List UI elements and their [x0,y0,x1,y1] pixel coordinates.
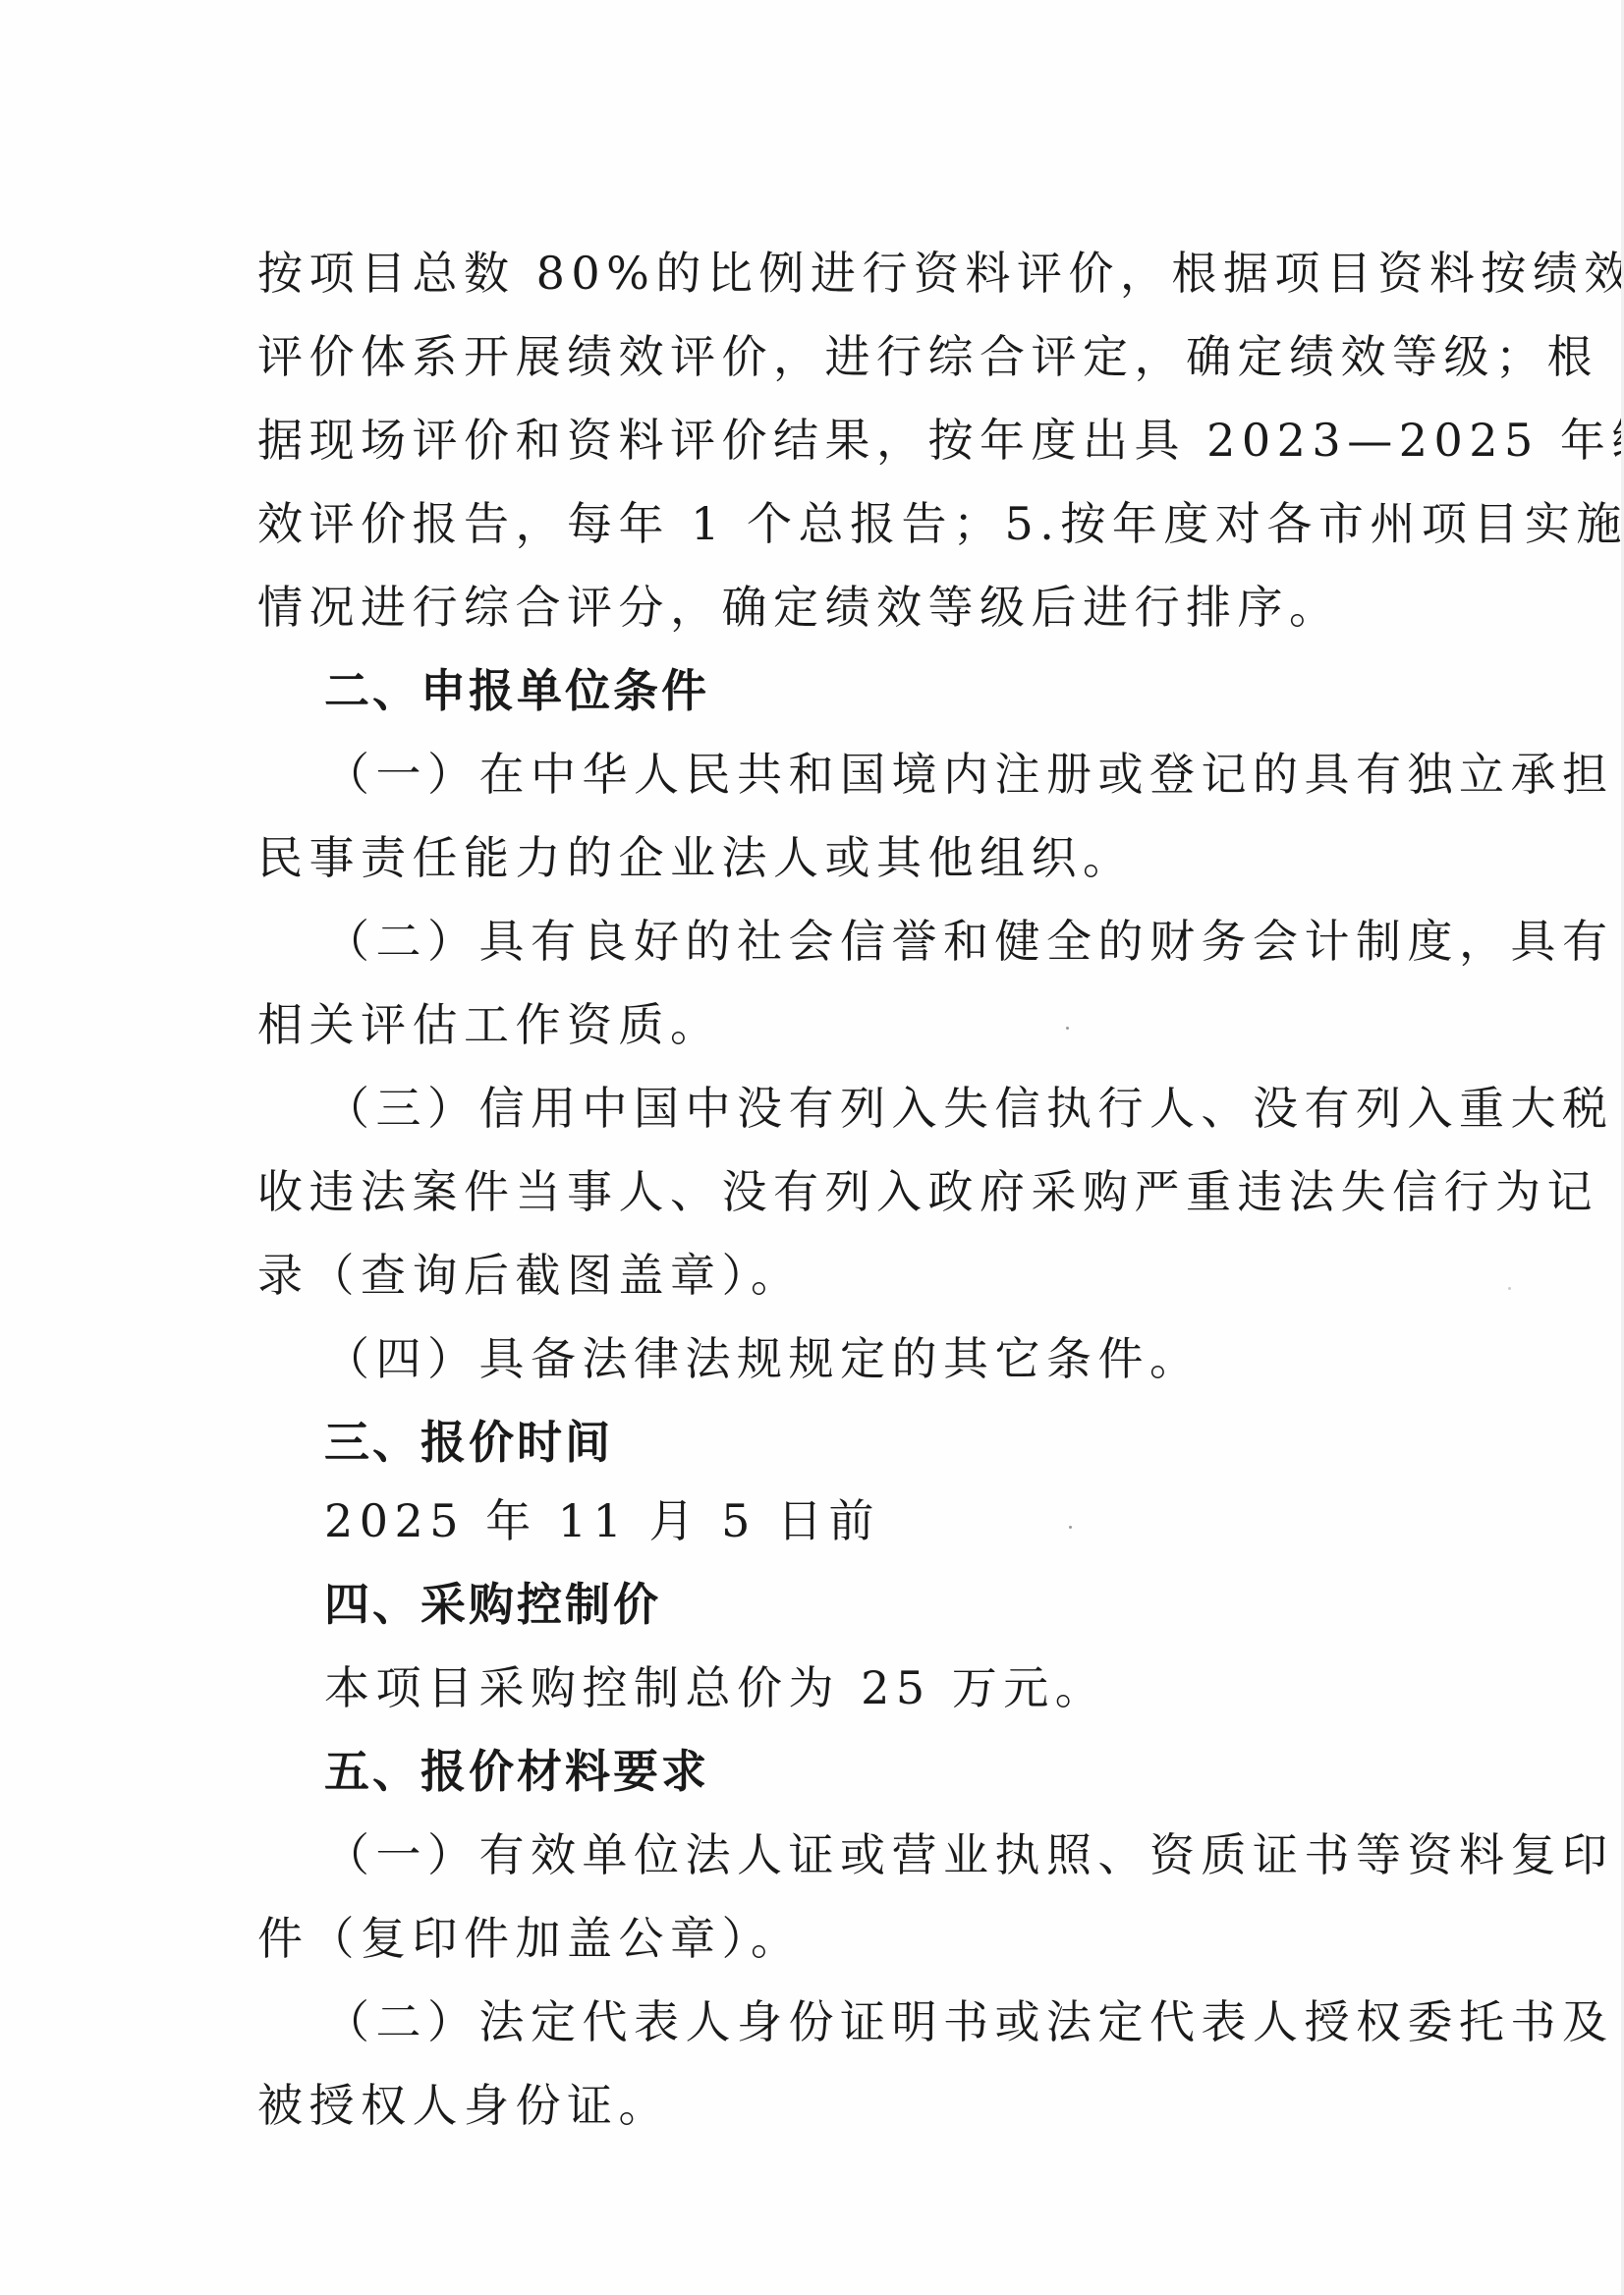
intro-line-1: 按项目总数 80%的比例进行资料评价，根据项目资料按绩效 [257,244,1624,303]
material-2-line-2: 被授权人身份证。 [257,2076,670,2135]
section-heading-applicant-conditions: 二、申报单位条件 [324,661,709,720]
document-page: 按项目总数 80%的比例进行资料评价，根据项目资料按绩效 评价体系开展绩效评价，… [0,0,1624,2295]
scan-speck [1066,1027,1069,1030]
material-2-line-1: （二）法定代表人身份证明书或法定代表人授权委托书及 [324,1992,1614,2051]
scan-speck [1069,1526,1072,1529]
material-1-line-2: 件（复印件加盖公章）。 [257,1909,803,1968]
section-heading-control-price: 四、采购控制价 [324,1575,661,1634]
condition-1-line-1: （一）在中华人民共和国境内注册或登记的具有独立承担 [324,745,1614,804]
control-price-text: 本项目采购控制总价为 25 万元。 [324,1658,1106,1717]
condition-2-line-1: （二）具有良好的社会信誉和健全的财务会计制度，具有 [324,912,1614,971]
condition-3-line-2: 收违法案件当事人、没有列入政府采购严重违法失信行为记 [257,1162,1598,1221]
scan-speck [1508,1287,1511,1290]
material-1-line-1: （一）有效单位法人证或营业执照、资质证书等资料复印 [324,1825,1614,1884]
intro-line-2: 评价体系开展绩效评价，进行综合评定，确定绩效等级；根 [257,327,1598,386]
condition-3-line-3: 录（查询后截图盖章）。 [257,1246,803,1305]
section-heading-quote-materials: 五、报价材料要求 [324,1742,709,1801]
condition-3-line-1: （三）信用中国中没有列入失信执行人、没有列入重大税 [324,1079,1614,1138]
intro-line-3: 据现场评价和资料评价结果，按年度出具 2023—2025 年绩 [257,411,1624,470]
intro-line-5: 情况进行综合评分，确定绩效等级后进行排序。 [257,578,1341,637]
quote-deadline: 2025 年 11 月 5 日前 [324,1491,880,1550]
section-heading-quote-time: 三、报价时间 [324,1413,613,1472]
condition-4-line-1: （四）具备法律法规规定的其它条件。 [324,1329,1202,1388]
condition-2-line-2: 相关评估工作资质。 [257,995,722,1054]
condition-1-line-2: 民事责任能力的企业法人或其他组织。 [257,828,1135,887]
intro-line-4: 效评价报告，每年 1 个总报告；5.按年度对各市州项目实施 [257,494,1624,553]
